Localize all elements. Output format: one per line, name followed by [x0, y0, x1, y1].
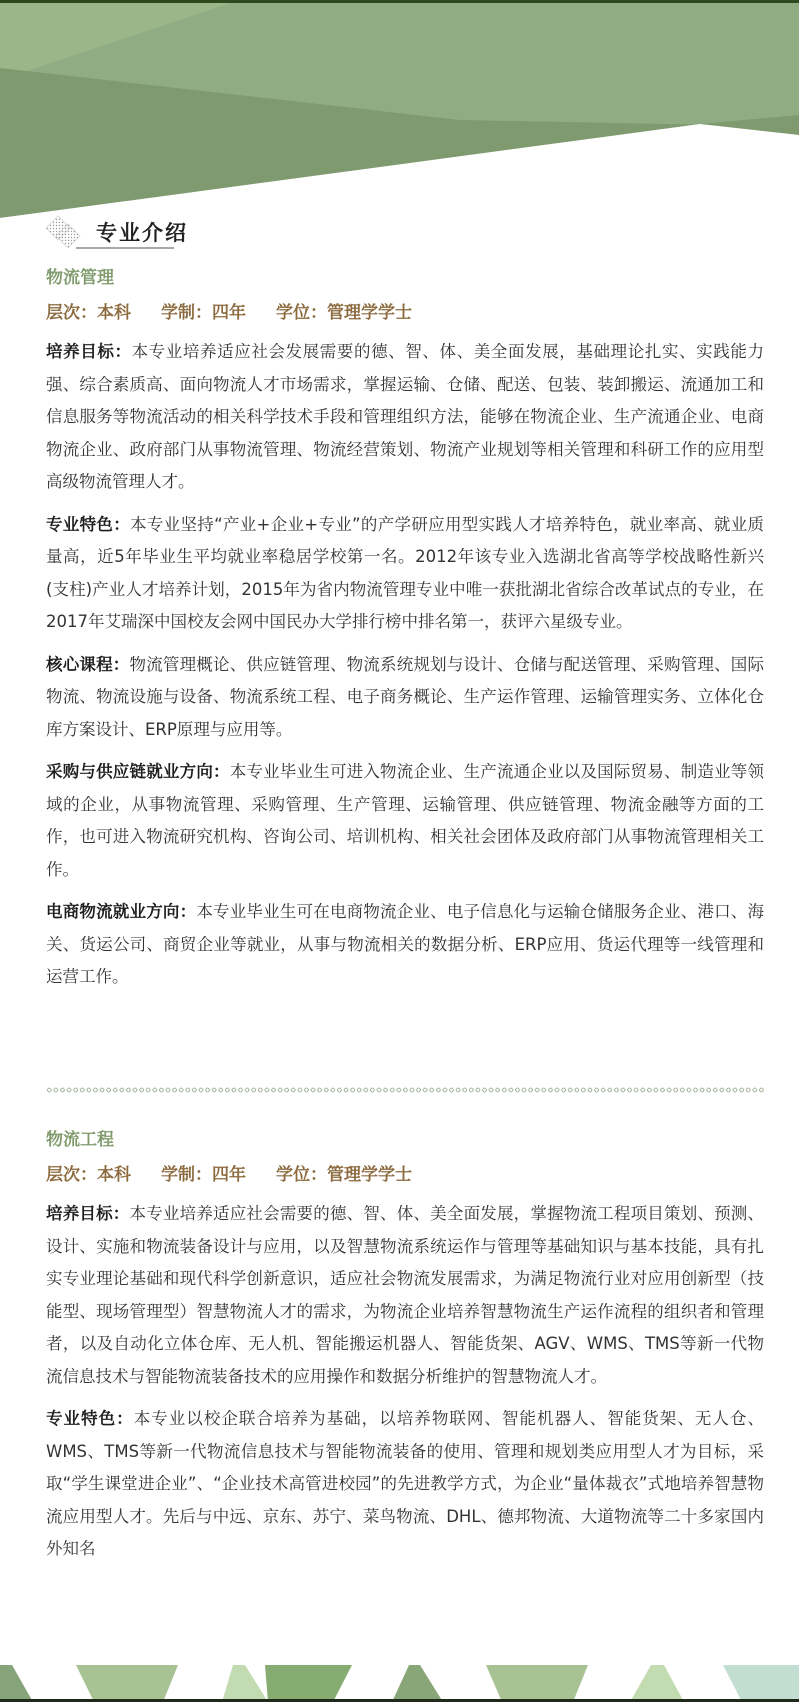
paragraph-text: 本专业培养适应社会发展需要的德、智、体、美全面发展，基础理论扎实、实践能力强、综…	[46, 342, 764, 491]
paragraph-text: 本专业以校企联合培养为基础，以培养物联网、智能机器人、智能货架、无人仓、WMS、…	[46, 1409, 764, 1558]
degree-label: 学位：管理学学士	[276, 303, 412, 323]
degree-label: 学位：管理学学士	[276, 1165, 412, 1185]
major-name: 物流管理	[46, 266, 764, 290]
paragraph-text: 物流管理概论、供应链管理、物流系统规划与设计、仓储与配送管理、采购管理、国际物流…	[46, 655, 764, 739]
footer-decoration	[0, 1665, 799, 1702]
paragraph-core-courses: 核心课程：物流管理概论、供应链管理、物流系统规划与设计、仓储与配送管理、采购管理…	[46, 649, 764, 747]
paragraph-label: 培养目标：	[46, 1204, 130, 1223]
heading-underline	[76, 247, 174, 249]
paragraph-label: 专业特色：	[46, 1409, 134, 1428]
paragraph-label: 核心课程：	[46, 655, 130, 674]
header-banner	[0, 0, 799, 230]
major-name: 物流工程	[46, 1128, 764, 1152]
major-section-logistics-engineering: 物流工程 层次：本科学制：四年学位：管理学学士 培养目标：本专业培养适应社会需要…	[46, 1128, 764, 1566]
dotted-divider	[46, 1087, 764, 1093]
paragraph-label: 培养目标：	[46, 342, 132, 361]
paragraph-training-goal: 培养目标：本专业培养适应社会发展需要的德、智、体、美全面发展，基础理论扎实、实践…	[46, 336, 764, 499]
duration-label: 学制：四年	[161, 303, 246, 323]
paragraph-features: 专业特色：本专业坚持“产业+企业+专业”的产学研应用型实践人才培养特色，就业率高…	[46, 509, 764, 639]
major-section-logistics-management: 物流管理 层次：本科学制：四年学位：管理学学士 培养目标：本专业培养适应社会发展…	[46, 266, 764, 994]
level-label: 层次：本科	[46, 303, 131, 323]
section-heading: 专业介绍	[46, 212, 188, 252]
paragraph-ecommerce-career: 电商物流就业方向：本专业毕业生可在电商物流企业、电子信息化与运输仓储服务企业、港…	[46, 896, 764, 994]
paragraph-training-goal: 培养目标：本专业培养适应社会需要的德、智、体、美全面发展，掌握物流工程项目策划、…	[46, 1198, 764, 1393]
section-title: 专业介绍	[96, 217, 188, 247]
level-label: 层次：本科	[46, 1165, 131, 1185]
diamond-pattern-icon	[46, 212, 86, 252]
paragraph-procurement-career: 采购与供应链就业方向：本专业毕业生可进入物流企业、生产流通企业以及国际贸易、制造…	[46, 756, 764, 886]
paragraph-label: 采购与供应链就业方向：	[46, 762, 230, 781]
paragraph-text: 本专业坚持“产业+企业+专业”的产学研应用型实践人才培养特色，就业率高、就业质量…	[46, 515, 764, 632]
paragraph-label: 专业特色：	[46, 515, 130, 534]
paragraph-label: 电商物流就业方向：	[46, 902, 196, 921]
duration-label: 学制：四年	[161, 1165, 246, 1185]
major-meta: 层次：本科学制：四年学位：管理学学士	[46, 1162, 764, 1188]
paragraph-text: 本专业培养适应社会需要的德、智、体、美全面发展，掌握物流工程项目策划、预测、设计…	[46, 1204, 764, 1386]
major-meta: 层次：本科学制：四年学位：管理学学士	[46, 300, 764, 326]
paragraph-features: 专业特色：本专业以校企联合培养为基础，以培养物联网、智能机器人、智能货架、无人仓…	[46, 1403, 764, 1566]
